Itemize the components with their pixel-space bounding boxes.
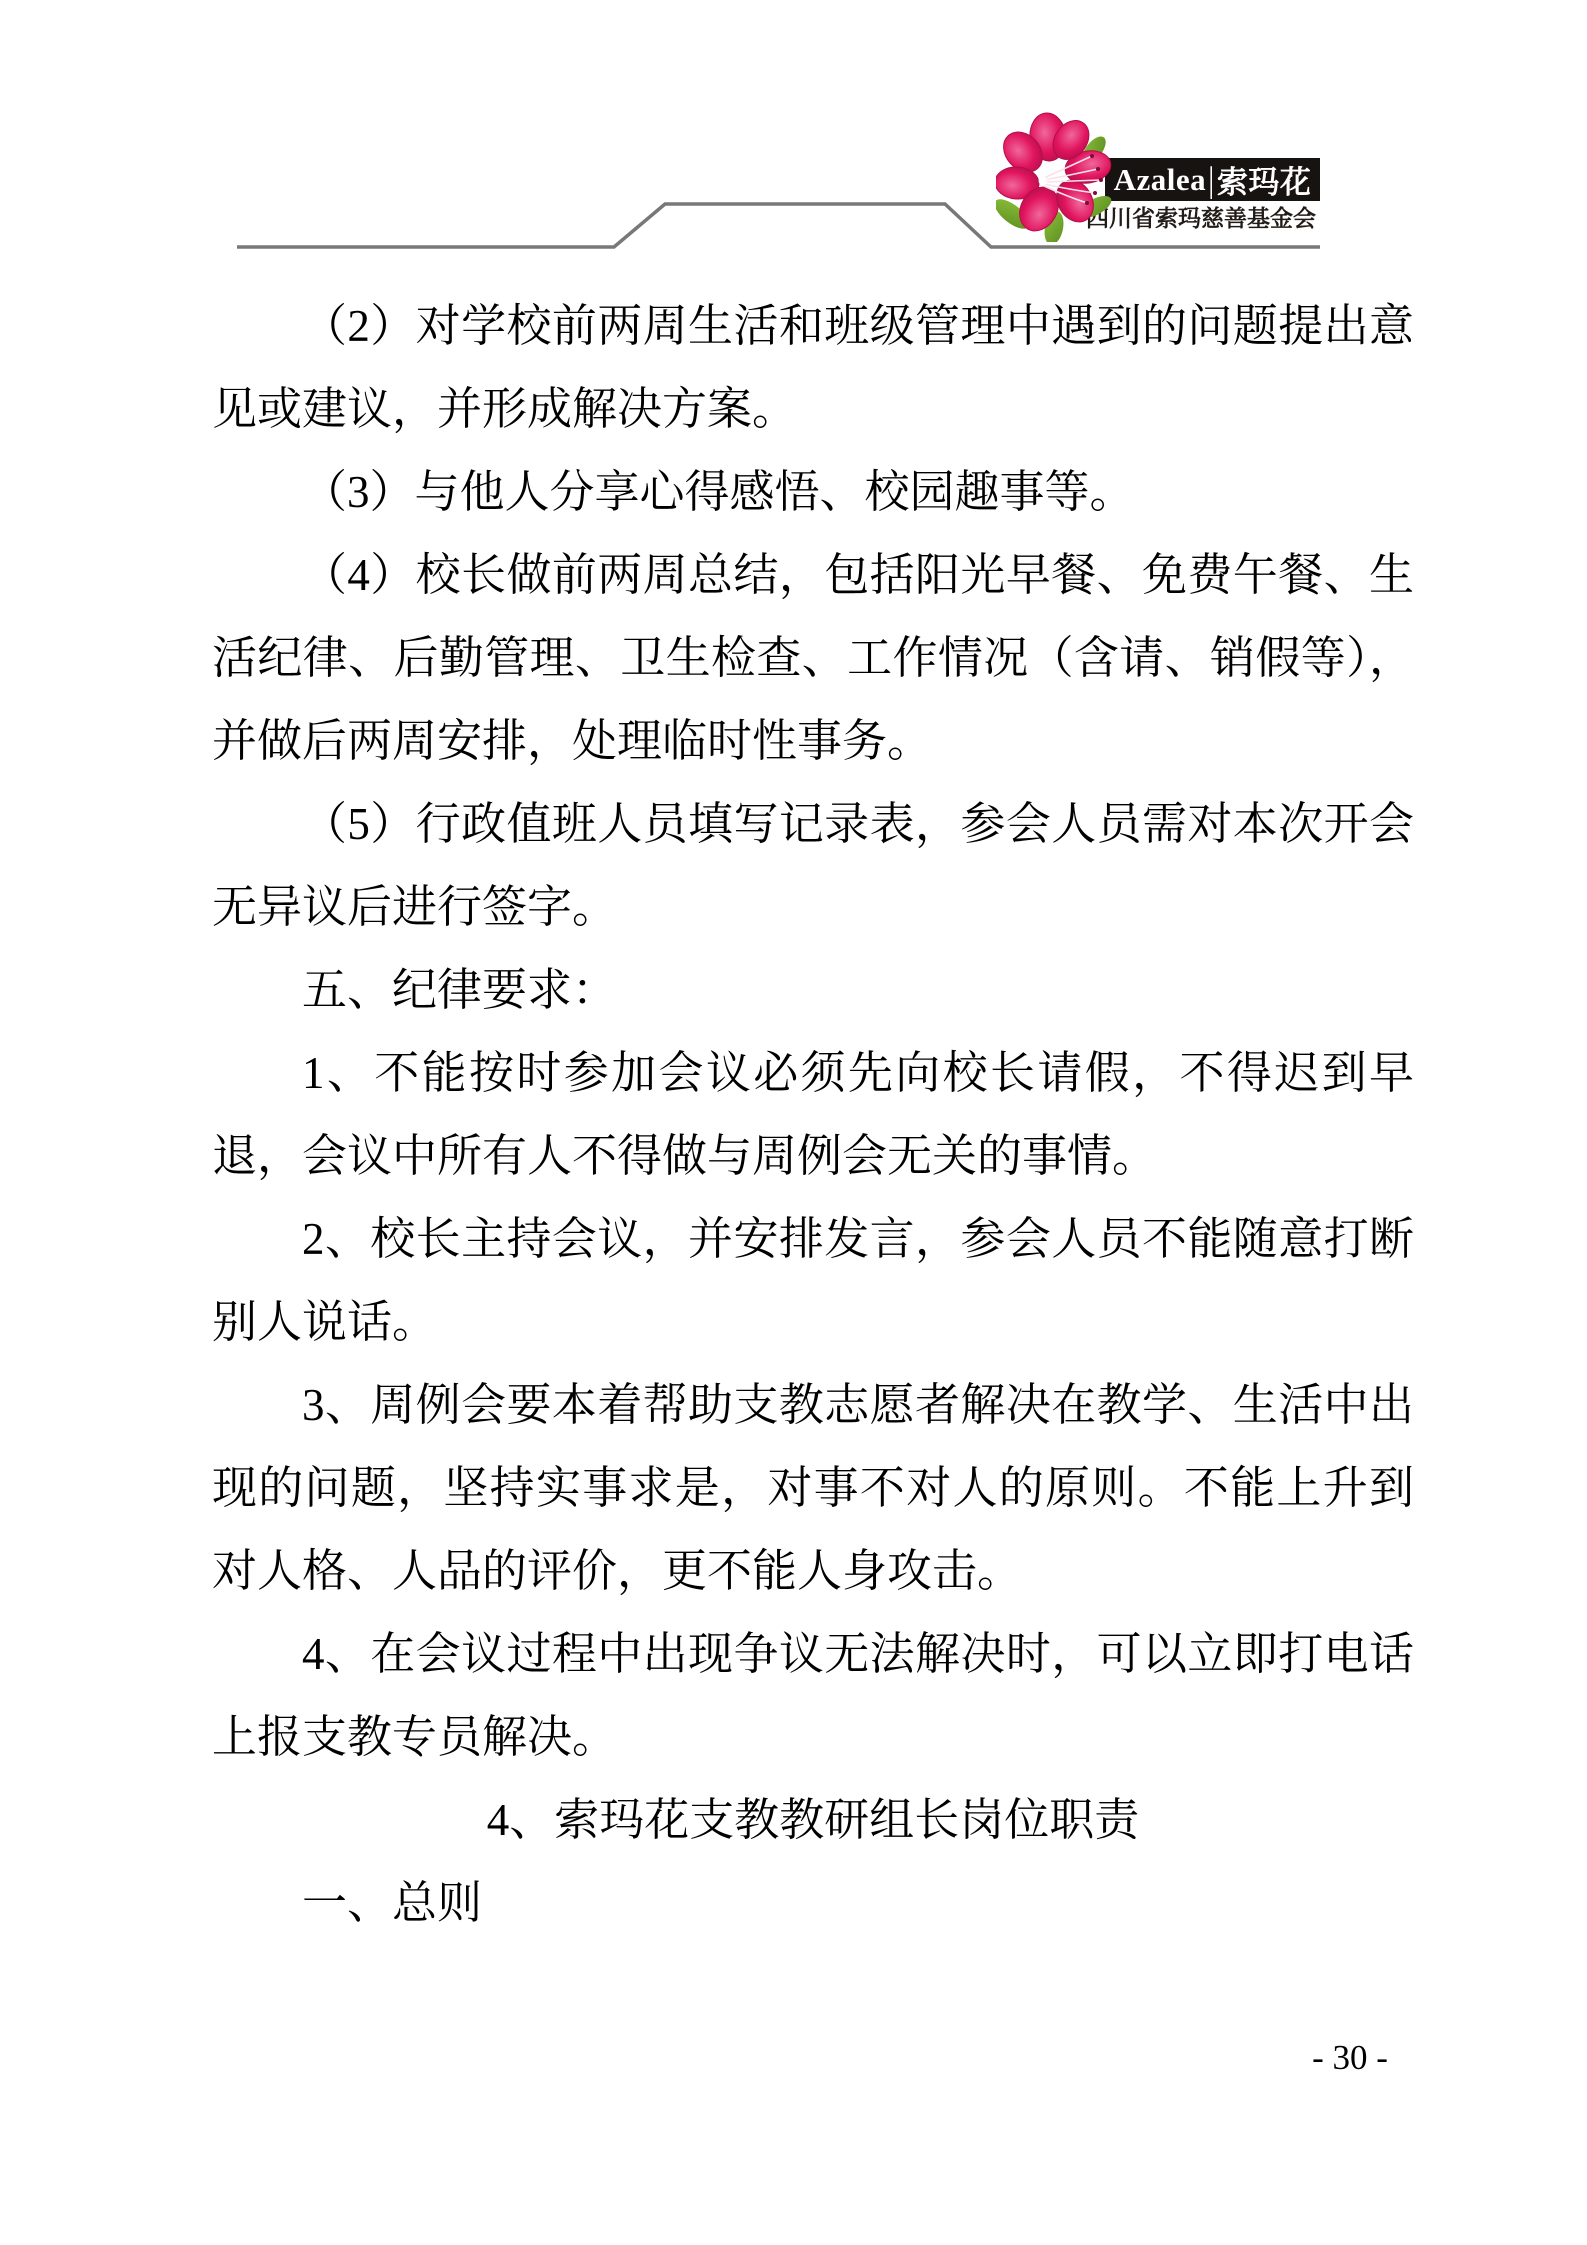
page-number: - 30 -	[1285, 2038, 1415, 2078]
header-divider-line	[0, 0, 1587, 300]
paragraph: 五、纪律要求：	[212, 949, 1414, 1032]
paragraph: （3）与他人分享心得感悟、校园趣事等。	[212, 451, 1414, 534]
document-body: （2）对学校前两周生活和班级管理中遇到的问题提出意见或建议，并形成解决方案。（3…	[212, 285, 1414, 1945]
paragraph: （4）校长做前两周总结，包括阳光早餐、免费午餐、生活纪律、后勤管理、卫生检查、工…	[212, 534, 1414, 783]
paragraph: 4、在会议过程中出现争议无法解决时，可以立即打电话上报支教专员解决。	[212, 1613, 1414, 1779]
logo-brand-en: Azalea	[1114, 162, 1207, 198]
paragraph: 1、不能按时参加会议必须先向校长请假，不得迟到早退，会议中所有人不得做与周例会无…	[212, 1032, 1414, 1198]
logo-brand-cn: 索玛花	[1217, 157, 1312, 202]
paragraph: 一、总则	[212, 1862, 1414, 1945]
paragraph: （5）行政值班人员填写记录表，参会人员需对本次开会无异议后进行签字。	[212, 783, 1414, 949]
paragraph: （2）对学校前两周生活和班级管理中遇到的问题提出意见或建议，并形成解决方案。	[212, 285, 1414, 451]
logo-banner: Azalea|索玛花	[1105, 158, 1320, 201]
document-page: Azalea|索玛花 四川省索玛慈善基金会	[0, 0, 1587, 2245]
logo-separator: |	[1206, 159, 1217, 200]
paragraph: 3、周例会要本着帮助支教志愿者解决在教学、生活中出现的问题，坚持实事求是，对事不…	[212, 1364, 1414, 1613]
logo-subtitle: 四川省索玛慈善基金会	[1086, 201, 1320, 231]
paragraph: 2、校长主持会议，并安排发言，参会人员不能随意打断别人说话。	[212, 1198, 1414, 1364]
azalea-flower-icon	[996, 110, 1118, 242]
section-heading: 4、索玛花支教教研组长岗位职责	[212, 1779, 1414, 1862]
